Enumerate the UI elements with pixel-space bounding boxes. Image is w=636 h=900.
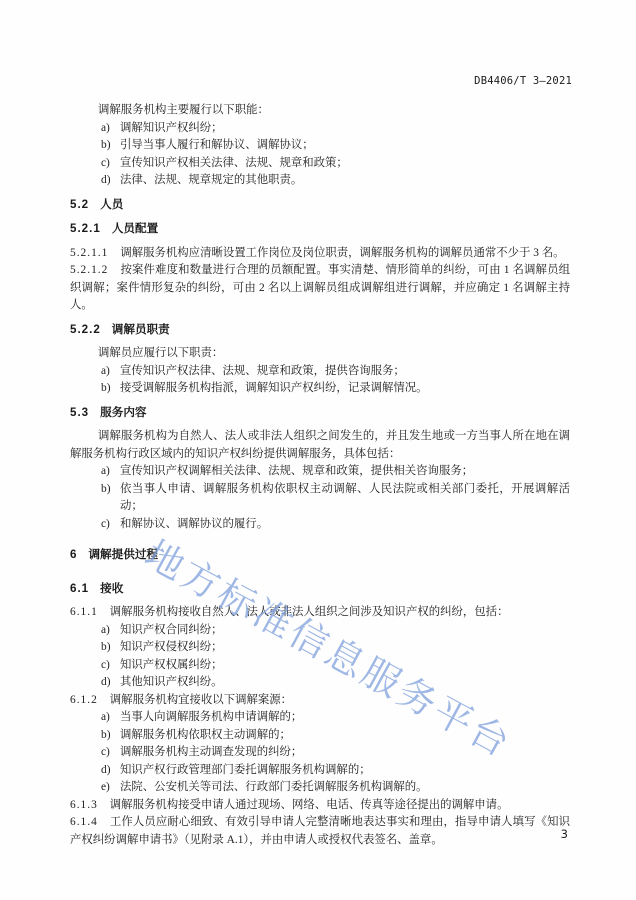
section-heading: 5.2人员 [70, 196, 570, 214]
clause-number: 5.3 [70, 406, 89, 419]
list-item-label: d) [101, 674, 111, 692]
list-item: a)宣传知识产权调解相关法律、法规、规章和政策，提供相关咨询服务； [70, 463, 570, 481]
list-item-label: a) [101, 622, 110, 640]
list-item: b)调解服务机构依职权主动调解的； [70, 727, 570, 745]
clause-number: 6.1.3 [70, 799, 98, 811]
list-item: a)知识产权合同纠纷； [70, 622, 570, 640]
clause-title: 接收 [100, 582, 123, 595]
clause-number: 6 [70, 548, 77, 561]
list-item-label: c) [101, 155, 110, 173]
list-item-text: 和解协议、调解协议的履行。 [120, 518, 268, 530]
list-item-text: 法律、法规、规章规定的其他职责。 [120, 174, 302, 186]
page-header: DB4406/T 3—2021 [70, 75, 572, 87]
list-item-text: 宣传知识产权法律、法规、规章和政策，提供咨询服务； [120, 365, 405, 377]
document-page: DB4406/T 3—2021 调解服务机构主要履行以下职能：a)调解知识产权纠… [0, 0, 636, 900]
clause-number: 6.1 [70, 582, 89, 595]
paragraph-text: 调解服务机构接收自然人、法人或非法人组织之间涉及知识产权的纠纷，包括： [110, 606, 509, 618]
clause-paragraph: 6.1.2调解服务机构宜接收以下调解案源： [70, 692, 570, 710]
list-item-label: d) [101, 172, 111, 190]
list-item-text: 法院、公安机关等司法、行政部门委托调解服务机构调解的。 [120, 781, 428, 793]
list-item: d)其他知识产权纠纷。 [70, 674, 570, 692]
clause-title: 调解员职责 [112, 323, 170, 336]
list-item: d)法律、法规、规章规定的其他职责。 [70, 172, 570, 190]
clause-number: 6.1.2 [70, 694, 98, 706]
list-item-text: 当事人向调解服务机构申请调解的； [120, 711, 302, 723]
list-item-label: a) [101, 463, 110, 481]
list-item-text: 依当事人申请、调解服务机构依职权主动调解、人民法院或相关部门委托，开展调解活动； [120, 483, 570, 513]
list-item: c)宣传知识产权相关法律、法规、规章和政策； [70, 155, 570, 173]
paragraph-text: 调解服务机构宜接收以下调解案源： [110, 694, 292, 706]
list-item-text: 接受调解服务机构指派，调解知识产权纠纷，记录调解情况。 [120, 382, 428, 394]
list-item-label: c) [101, 516, 110, 534]
standard-number: DB4406/T 3—2021 [474, 75, 572, 87]
clause-number: 5.2.2 [70, 323, 101, 336]
clause-number: 5.2.1.2 [70, 264, 108, 276]
list-item-label: c) [101, 744, 110, 762]
list-item-label: d) [101, 762, 111, 780]
paragraph: 调解服务机构为自然人、法人或非法人组织之间发生的，并且发生地或一方当事人所在地在… [70, 428, 570, 463]
section-heading: 5.3服务内容 [70, 404, 570, 422]
paragraph-text: 调解员应履行以下职责： [98, 347, 223, 359]
section-heading: 5.2.1人员配置 [70, 220, 570, 238]
clause-number: 5.2 [70, 198, 89, 211]
clause-paragraph: 5.2.1.2按案件难度和数量进行合理的员额配置。事实清楚、情形简单的纠纷，可由… [70, 262, 570, 315]
list-item: b)知识产权侵权纠纷； [70, 639, 570, 657]
paragraph-text: 调解服务机构为自然人、法人或非法人组织之间发生的，并且发生地或一方当事人所在地在… [70, 430, 570, 460]
page-number: 3 [561, 827, 568, 841]
clause-paragraph: 6.1.4工作人员应耐心细致、有效引导申请人完整清晰地表达事实和理由，指导申请人… [70, 814, 570, 849]
list-item: c)知识产权权属纠纷； [70, 657, 570, 675]
list-item-text: 知识产权行政管理部门委托调解服务机构调解的； [120, 764, 371, 776]
list-item-label: a) [101, 709, 110, 727]
clause-title: 服务内容 [100, 406, 146, 419]
clause-title: 调解提供过程 [88, 548, 158, 561]
list-item-text: 宣传知识产权调解相关法律、法规、规章和政策，提供相关咨询服务； [120, 465, 473, 477]
list-item: a)当事人向调解服务机构申请调解的； [70, 709, 570, 727]
list-item: a)宣传知识产权法律、法规、规章和政策，提供咨询服务； [70, 363, 570, 381]
paragraph-text: 调解服务机构接受申请人通过现场、网络、电话、传真等途径提出的调解申请。 [110, 799, 509, 811]
list-item-label: e) [101, 779, 110, 797]
list-item-text: 其他知识产权纠纷。 [120, 676, 223, 688]
list-item-label: b) [101, 137, 111, 155]
clause-title: 人员 [100, 198, 123, 211]
list-item-text: 知识产权权属纠纷； [120, 659, 223, 671]
list-item-label: b) [101, 380, 111, 398]
list-item-text: 调解服务机构依职权主动调解的； [120, 729, 291, 741]
list-item-label: c) [101, 657, 110, 675]
clause-number: 6.1.4 [70, 816, 98, 828]
list-item-label: a) [101, 120, 110, 138]
paragraph-text: 调解服务机构主要履行以下职能： [98, 104, 269, 116]
section-heading: 6调解提供过程 [70, 546, 570, 564]
list-item-text: 宣传知识产权相关法律、法规、规章和政策； [120, 157, 348, 169]
list-item: b)接受调解服务机构指派，调解知识产权纠纷，记录调解情况。 [70, 380, 570, 398]
clause-number: 5.2.1 [70, 222, 101, 235]
list-item: c)和解协议、调解协议的履行。 [70, 516, 570, 534]
clause-number: 6.1.1 [70, 606, 98, 618]
list-item-text: 引导当事人履行和解协议、调解协议； [120, 139, 314, 151]
list-item: a)调解知识产权纠纷； [70, 120, 570, 138]
list-item: b)依当事人申请、调解服务机构依职权主动调解、人民法院或相关部门委托，开展调解活… [70, 481, 570, 516]
list-item-text: 知识产权合同纠纷； [120, 624, 223, 636]
list-item-text: 调解服务机构主动调查发现的纠纷； [120, 746, 302, 758]
section-heading: 6.1接收 [70, 580, 570, 598]
clause-paragraph: 6.1.1调解服务机构接收自然人、法人或非法人组织之间涉及知识产权的纠纷，包括： [70, 604, 570, 622]
list-item-text: 调解知识产权纠纷； [120, 122, 223, 134]
list-item: e)法院、公安机关等司法、行政部门委托调解服务机构调解的。 [70, 779, 570, 797]
paragraph: 调解员应履行以下职责： [70, 345, 570, 363]
paragraph: 调解服务机构主要履行以下职能： [70, 102, 570, 120]
paragraph-text: 按案件难度和数量进行合理的员额配置。事实清楚、情形简单的纠纷，可由 1 名调解员… [70, 264, 570, 311]
section-heading: 5.2.2调解员职责 [70, 321, 570, 339]
list-item-label: a) [101, 363, 110, 381]
clause-paragraph: 5.2.1.1调解服务机构应清晰设置工作岗位及岗位职责，调解服务机构的调解员通常… [70, 245, 570, 263]
clause-number: 5.2.1.1 [70, 247, 108, 259]
paragraph-text: 调解服务机构应清晰设置工作岗位及岗位职责，调解服务机构的调解员通常不少于 3 名… [120, 247, 564, 259]
list-item-label: b) [101, 481, 111, 499]
list-item-label: b) [101, 639, 111, 657]
list-item: b)引导当事人履行和解协议、调解协议； [70, 137, 570, 155]
list-item-text: 知识产权侵权纠纷； [120, 641, 223, 653]
paragraph-text: 工作人员应耐心细致、有效引导申请人完整清晰地表达事实和理由，指导申请人填写《知识… [70, 816, 570, 846]
document-body: 调解服务机构主要履行以下职能：a)调解知识产权纠纷；b)引导当事人履行和解协议、… [70, 96, 570, 849]
clause-title: 人员配置 [112, 222, 158, 235]
list-item-label: b) [101, 727, 111, 745]
clause-paragraph: 6.1.3调解服务机构接受申请人通过现场、网络、电话、传真等途径提出的调解申请。 [70, 797, 570, 815]
list-item: d)知识产权行政管理部门委托调解服务机构调解的； [70, 762, 570, 780]
list-item: c)调解服务机构主动调查发现的纠纷； [70, 744, 570, 762]
